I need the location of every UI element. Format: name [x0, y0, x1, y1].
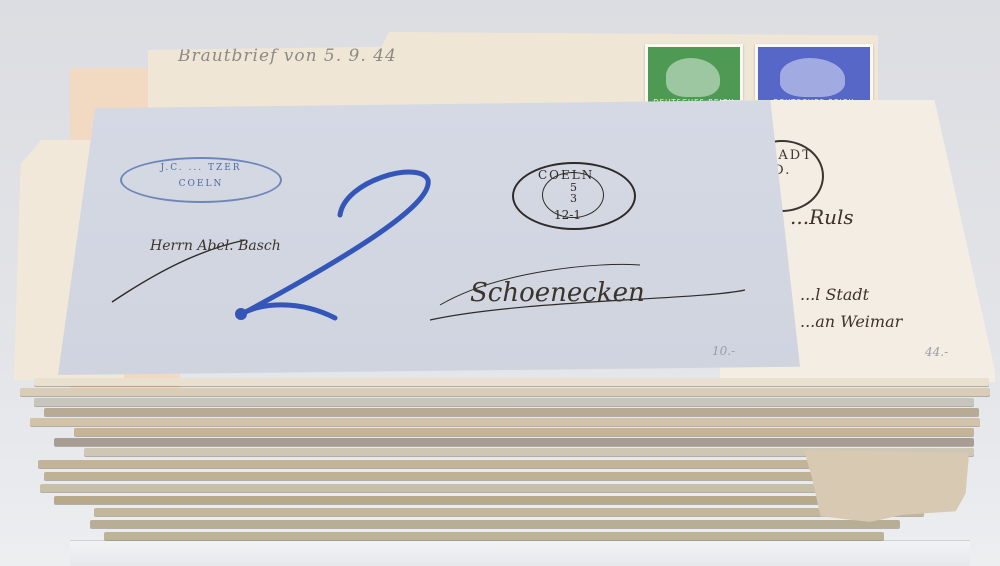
photo-scene: Brautbrief von 5. 9. 44 DEUTSCHES REICH … [0, 0, 1000, 566]
address-town: Schoenecken [470, 278, 645, 308]
address-salutation: Herrn Abel. Basch [150, 238, 281, 254]
pencil-price-front: 10.- [712, 344, 735, 358]
